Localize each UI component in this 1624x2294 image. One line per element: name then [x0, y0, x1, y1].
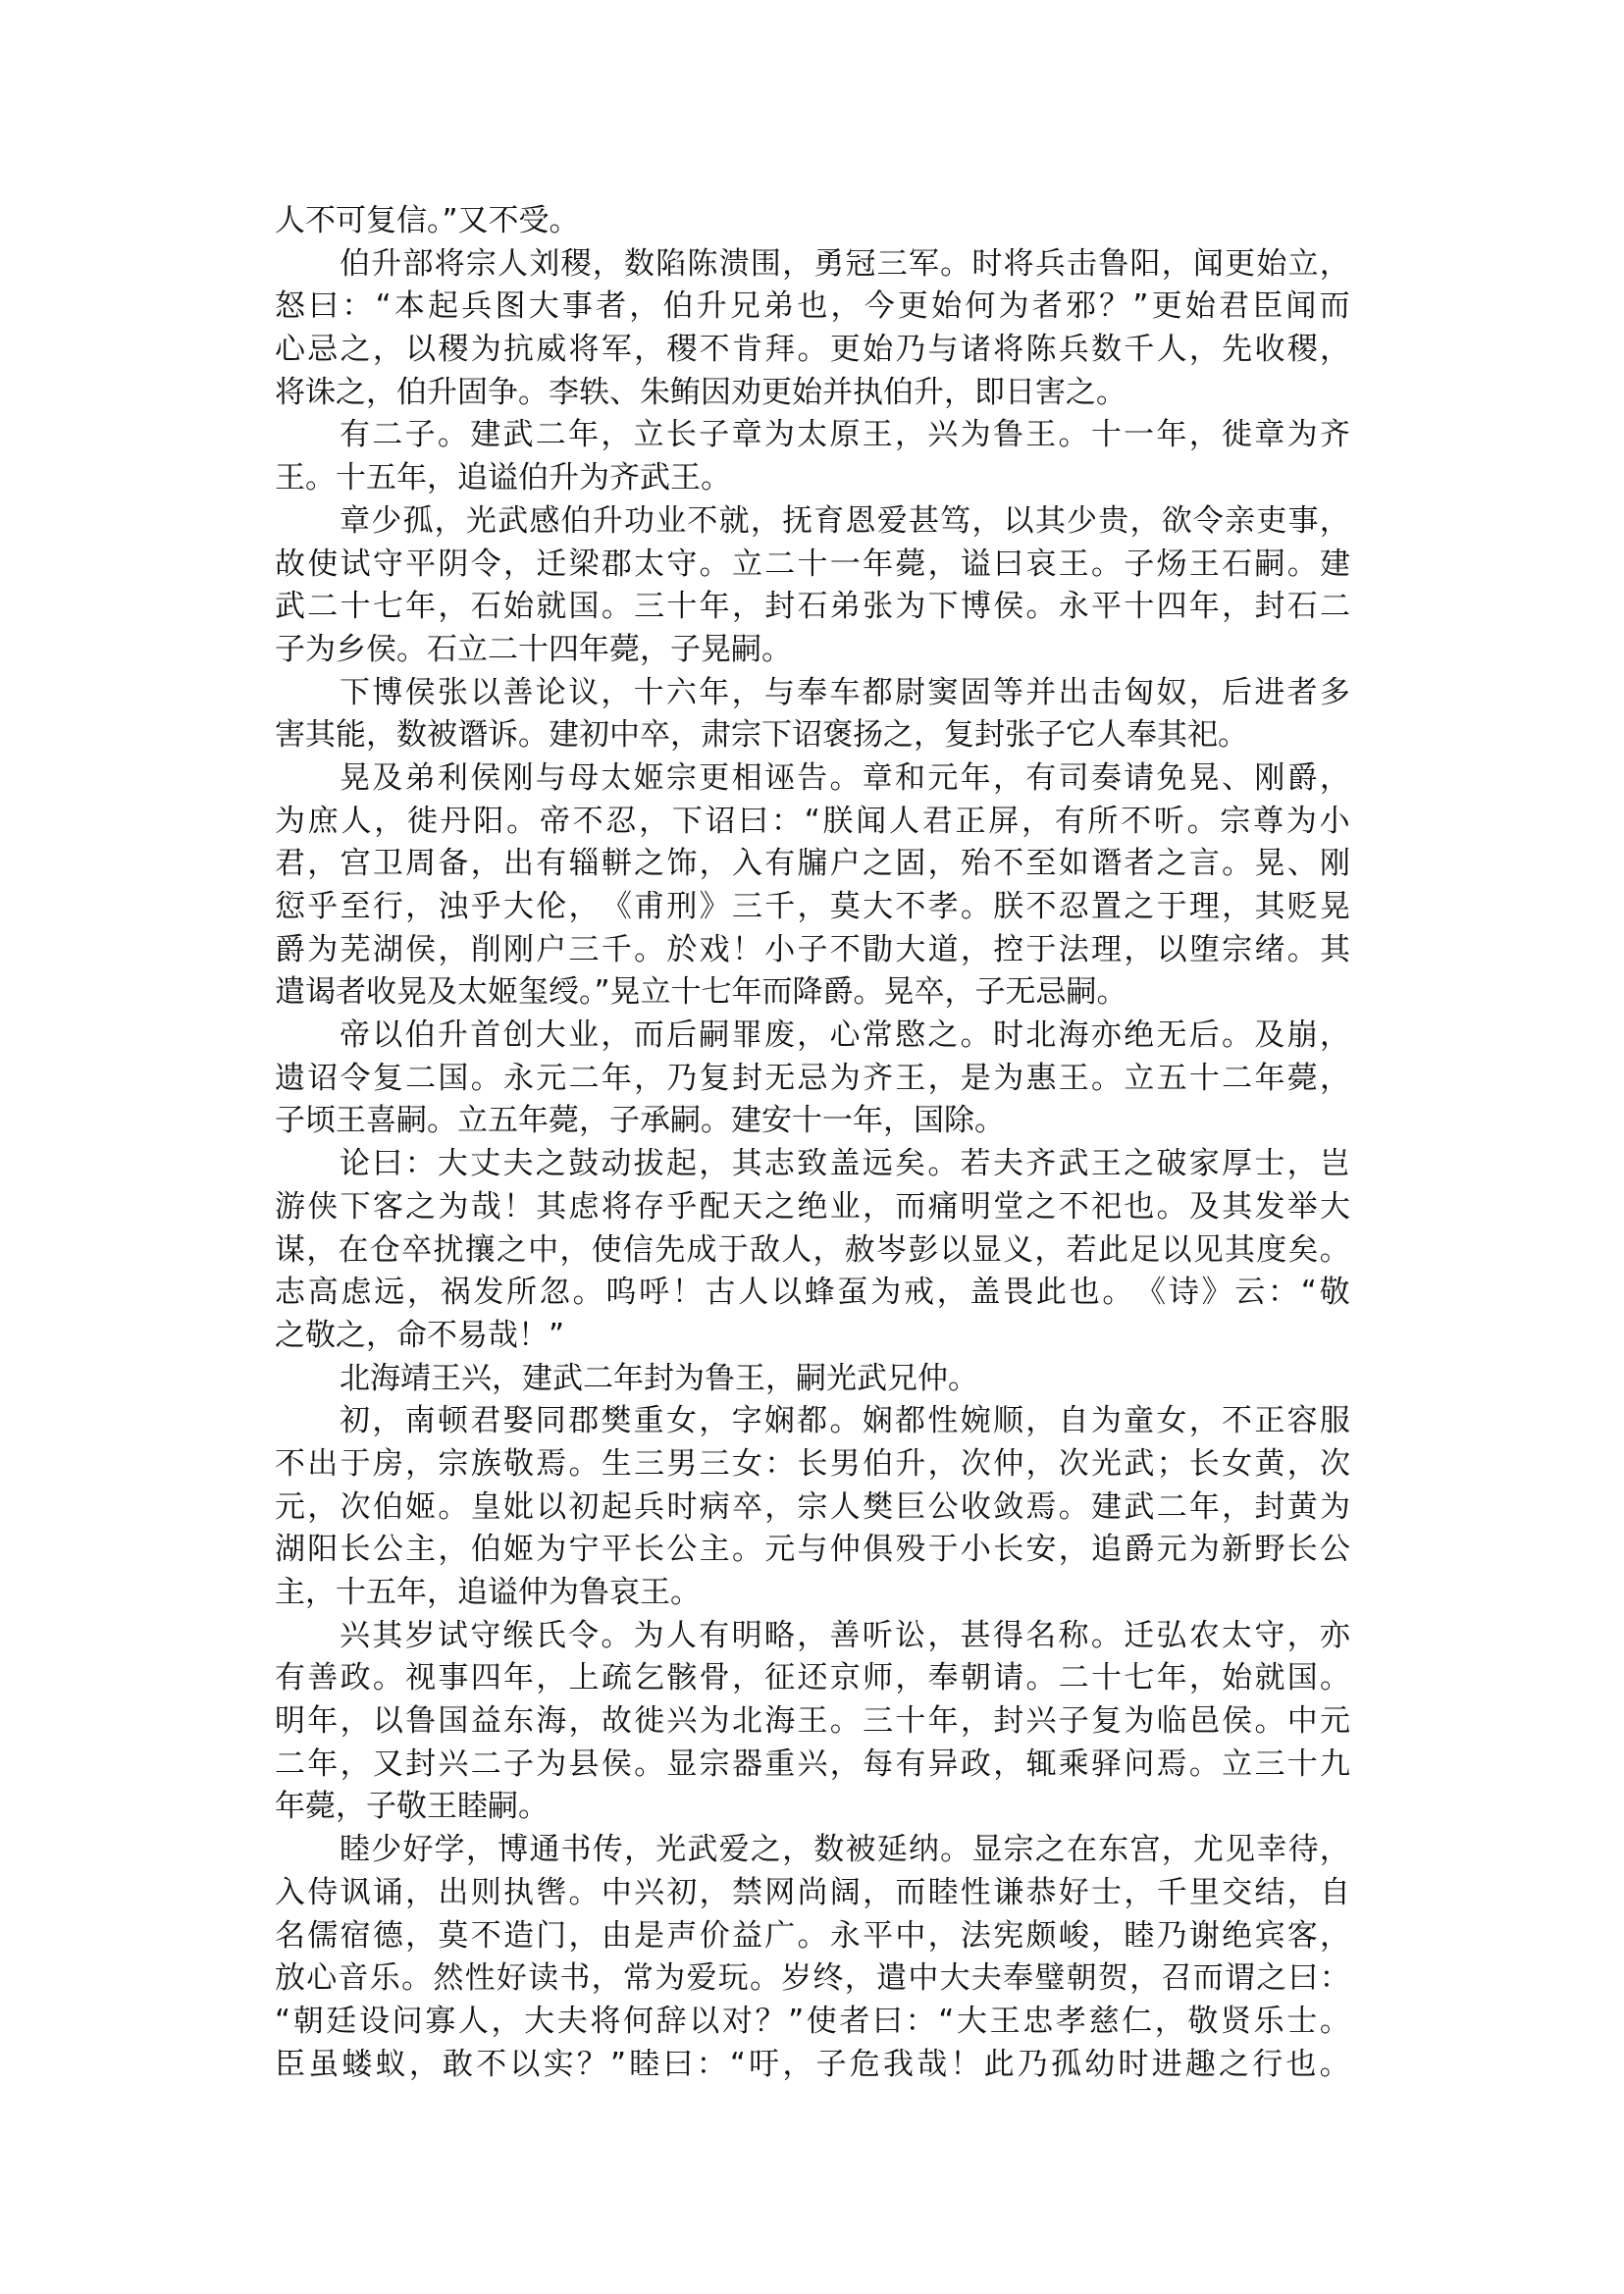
paragraph-first-line: 论曰：大丈夫之鼓动拔起，其志致盖远矣。若夫齐武王之破家厚士，岂 — [275, 1143, 1350, 1186]
text-line: 志高虑远，祸发所忽。呜呼！古人以蜂虿为戒，盖畏此也。《诗》云：“敬 — [275, 1272, 1350, 1315]
text-line: 武二十七年，石始就国。三十年，封石弟张为下博侯。永平十四年，封石二 — [275, 586, 1350, 629]
paragraph-first-line: 兴其岁试守缑氏令。为人有明略，善听讼，甚得名称。迁弘农太守，亦 — [275, 1615, 1350, 1658]
text-line: 君，宫卫周备，出有辎軿之饰，入有牖户之固，殆不至如谮者之言。晃、刚 — [275, 843, 1350, 886]
text-line: 为庶人，徙丹阳。帝不忍，下诏曰：“朕闻人君正屏，有所不听。宗尊为小 — [275, 801, 1350, 844]
text-line: 谋，在仓卒扰攘之中，使信先成于敌人，赦岑彭以显义，若此足以见其度矣。 — [275, 1229, 1350, 1273]
text-line: 愆乎至行，浊乎大伦，《甫刑》三千，莫大不孝。朕不忍置之于理，其贬晃 — [275, 886, 1350, 929]
text-line: 臣虽蝼蚁，敢不以实？”睦曰：“吁，子危我哉！此乃孤幼时进趣之行也。 — [275, 2044, 1350, 2087]
text-line: “朝廷设问寡人，大夫将何辞以对？”使者曰：“大王忠孝慈仁，敬贤乐士。 — [275, 2001, 1350, 2044]
paragraph-first-line: 北海靖王兴，建武二年封为鲁王，嗣光武兄仲。 — [275, 1358, 1350, 1401]
text-line: 不出于房，宗族敬焉。生三男三女：长男伯升，次仲，次光武；长女黄，次 — [275, 1443, 1350, 1486]
paragraph-first-line: 睦少好学，博通书传，光武爱之，数被延纳。显宗之在东宫，尤见幸待， — [275, 1829, 1350, 1872]
text-line: 湖阳长公主，伯姬为宁平长公主。元与仲俱殁于小长安，追爵元为新野长公 — [275, 1529, 1350, 1572]
paragraph-first-line: 晃及弟利侯刚与母太姬宗更相诬告。章和元年，有司奏请免晃、刚爵， — [275, 757, 1350, 801]
paragraph-first-line: 有二子。建武二年，立长子章为太原王，兴为鲁王。十一年，徙章为齐 — [275, 414, 1350, 457]
text-line: 放心音乐。然性好读书，常为爱玩。岁终，遣中大夫奉璧朝贺，召而谓之曰： — [275, 1957, 1350, 2001]
text-line: 害其能，数被谮诉。建初中卒，肃宗下诏褒扬之，复封张子它人奉其祀。 — [275, 714, 1350, 757]
paragraph-first-line: 初，南顿君娶同郡樊重女，字娴都。娴都性婉顺，自为童女，不正容服 — [275, 1400, 1350, 1443]
text-line: 将诛之，伯升固争。李轶、朱鲔因劝更始并执伯升，即日害之。 — [275, 372, 1350, 415]
text-line: 名儒宿德，莫不造门，由是声价益广。永平中，法宪颇峻，睦乃谢绝宾客， — [275, 1915, 1350, 1958]
text-line: 游侠下客之为哉！其虑将存乎配天之绝业，而痛明堂之不祀也。及其发举大 — [275, 1186, 1350, 1229]
paragraph-first-line: 帝以伯升首创大业，而后嗣罪废，心常愍之。时北海亦绝无后。及崩， — [275, 1015, 1350, 1058]
text-line: 爵为芜湖侯，削刚户三千。於戏！小子不勖大道，控于法理，以堕宗绪。其 — [275, 929, 1350, 972]
paragraph-first-line: 下博侯张以善论议，十六年，与奉车都尉窦固等并出击匈奴，后进者多 — [275, 672, 1350, 715]
text-line: 二年，又封兴二子为县侯。显宗器重兴，每有异政，辄乘驿问焉。立三十九 — [275, 1744, 1350, 1787]
text-line: 王。十五年，追谥伯升为齐武王。 — [275, 457, 1350, 500]
text-line: 故使试守平阴令，迁梁郡太守。立二十一年薨，谥曰哀王。子炀王石嗣。建 — [275, 544, 1350, 587]
document-page: 人不可复信。”又不受。伯升部将宗人刘稷，数陷陈溃围，勇冠三军。时将兵击鲁阳，闻更… — [275, 200, 1350, 2086]
paragraph-first-line: 章少孤，光武感伯升功业不就，抚育恩爱甚笃，以其少贵，欲令亲吏事， — [275, 500, 1350, 544]
text-line: 明年，以鲁国益东海，故徙兴为北海王。三十年，封兴子复为临邑侯。中元 — [275, 1700, 1350, 1744]
text-line: 有善政。视事四年，上疏乞骸骨，征还京师，奉朝请。二十七年，始就国。 — [275, 1657, 1350, 1700]
text-line: 年薨，子敬王睦嗣。 — [275, 1786, 1350, 1829]
text-line: 之敬之，命不易哉！” — [275, 1315, 1350, 1358]
text-line: 子为乡侯。石立二十四年薨，子晃嗣。 — [275, 629, 1350, 672]
text-line: 人不可复信。”又不受。 — [275, 200, 1350, 243]
text-line: 子顷王喜嗣。立五年薨，子承嗣。建安十一年，国除。 — [275, 1100, 1350, 1143]
text-line: 主，十五年，追谥仲为鲁哀王。 — [275, 1572, 1350, 1615]
text-line: 心忌之，以稷为抗威将军，稷不肯拜。更始乃与诸将陈兵数千人，先收稷， — [275, 329, 1350, 372]
text-line: 怒曰：“本起兵图大事者，伯升兄弟也，今更始何为者邪？”更始君臣闻而 — [275, 286, 1350, 329]
paragraph-first-line: 伯升部将宗人刘稷，数陷陈溃围，勇冠三军。时将兵击鲁阳，闻更始立， — [275, 243, 1350, 287]
text-line: 元，次伯姬。皇妣以初起兵时病卒，宗人樊巨公收敛焉。建武二年，封黄为 — [275, 1486, 1350, 1530]
text-line: 入侍讽诵，出则执辔。中兴初，禁网尚阔，而睦性谦恭好士，千里交结，自 — [275, 1872, 1350, 1915]
text-line: 遣谒者收晃及太姬玺绶。”晃立十七年而降爵。晃卒，子无忌嗣。 — [275, 971, 1350, 1015]
text-line: 遗诏令复二国。永元二年，乃复封无忌为齐王，是为惠王。立五十二年薨， — [275, 1058, 1350, 1101]
